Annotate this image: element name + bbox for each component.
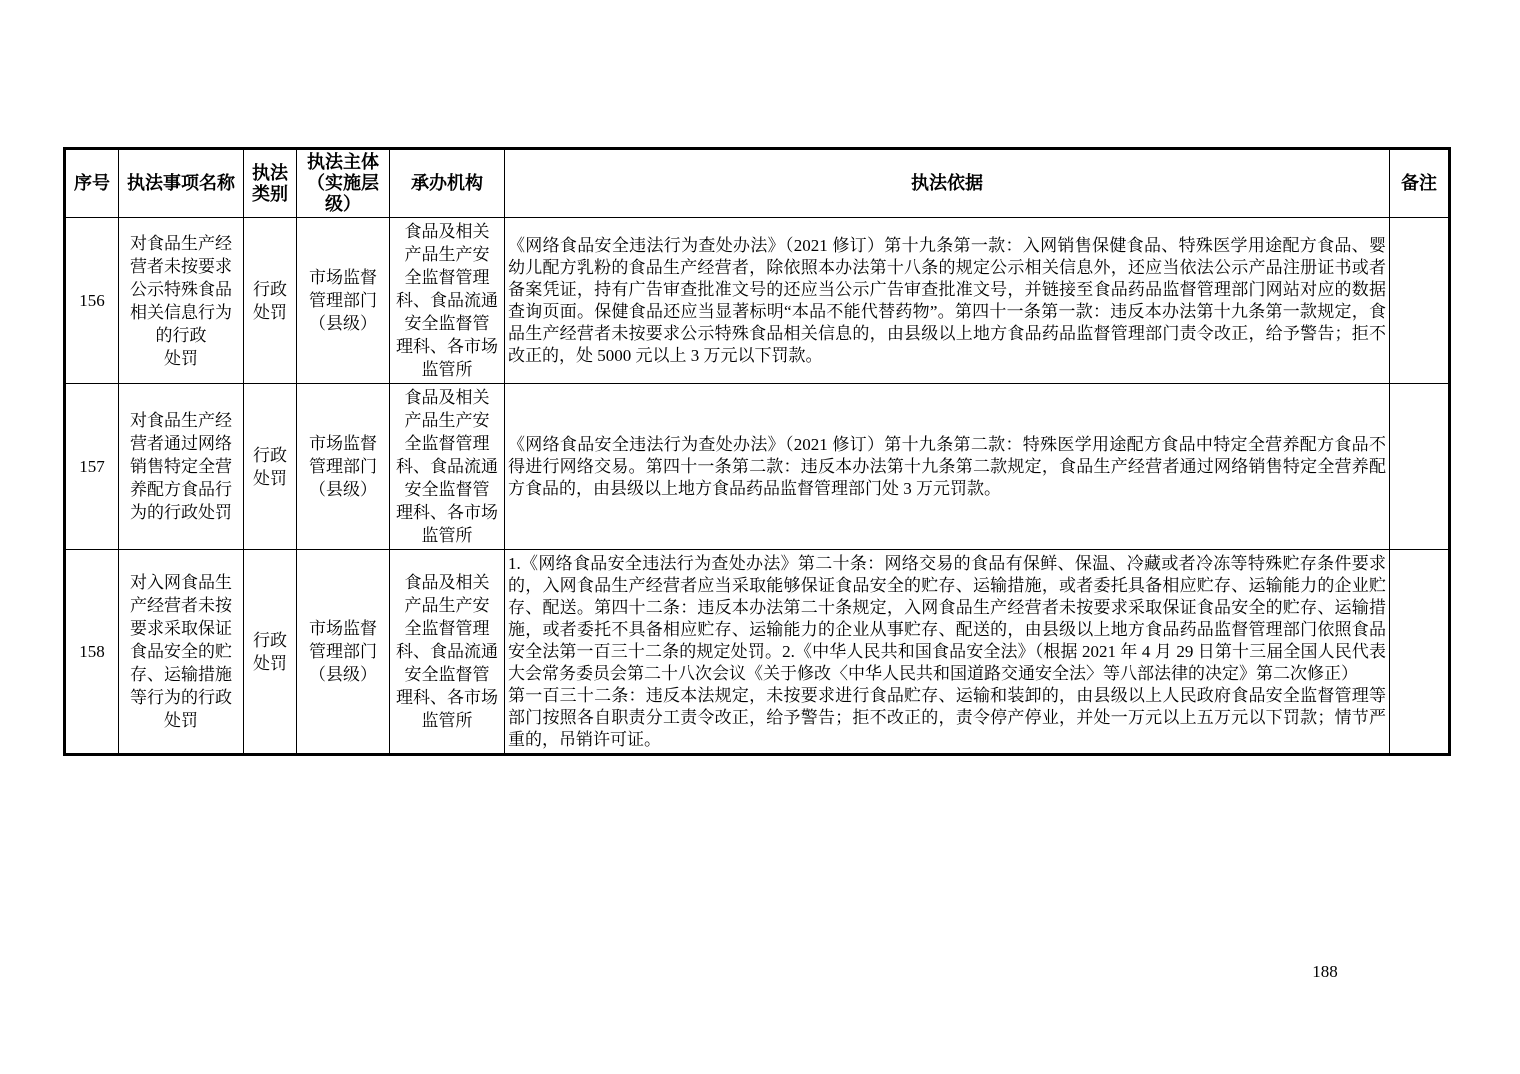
- category-cell: 行政 处罚: [244, 384, 297, 550]
- subject-cell: 市场监督 管理部门 （县级）: [297, 550, 390, 755]
- header-agency: 承办机构: [390, 149, 505, 218]
- agency-cell: 食品及相关 产品生产安 全监督管理 科、食品流通 安全监督管 理科、各市场 监管…: [390, 550, 505, 755]
- remark-cell: [1390, 218, 1450, 384]
- header-remark: 备注: [1390, 149, 1450, 218]
- table-row: 158 对入网食品生 产经营者未按 要求采取保证 食品安全的贮 存、运输措施 等…: [65, 550, 1450, 755]
- basis-cell: 1.《网络食品安全违法行为查处办法》第二十条：网络交易的食品有保鲜、保温、冷藏或…: [505, 550, 1390, 755]
- page-number: 188: [1295, 961, 1355, 983]
- table-row: 157 对食品生产经 营者通过网络 销售特定全营 养配方食品行 为的行政处罚 行…: [65, 384, 1450, 550]
- agency-cell: 食品及相关 产品生产安 全监督管理 科、食品流通 安全监督管 理科、各市场 监管…: [390, 384, 505, 550]
- header-category: 执法 类别: [244, 149, 297, 218]
- remark-cell: [1390, 384, 1450, 550]
- header-subject: 执法主体 （实施层 级）: [297, 149, 390, 218]
- document-page: 序号 执法事项名称 执法 类别 执法主体 （实施层 级） 承办机构 执法依据 备…: [0, 0, 1520, 1074]
- header-index: 序号: [65, 149, 119, 218]
- basis-cell: 《网络食品安全违法行为查处办法》（2021 修订）第十九条第一款：入网销售保健食…: [505, 218, 1390, 384]
- header-item-name: 执法事项名称: [119, 149, 244, 218]
- basis-cell: 《网络食品安全违法行为查处办法》（2021 修订）第十九条第二款：特殊医学用途配…: [505, 384, 1390, 550]
- row-index: 157: [65, 384, 119, 550]
- row-index: 156: [65, 218, 119, 384]
- row-index: 158: [65, 550, 119, 755]
- enforcement-items-table: 序号 执法事项名称 执法 类别 执法主体 （实施层 级） 承办机构 执法依据 备…: [63, 147, 1451, 756]
- agency-cell: 食品及相关 产品生产安 全监督管理 科、食品流通 安全监督管 理科、各市场 监管…: [390, 218, 505, 384]
- table-header-row: 序号 执法事项名称 执法 类别 执法主体 （实施层 级） 承办机构 执法依据 备…: [65, 149, 1450, 218]
- item-name-cell: 对食品生产经 营者通过网络 销售特定全营 养配方食品行 为的行政处罚: [119, 384, 244, 550]
- remark-cell: [1390, 550, 1450, 755]
- item-name-cell: 对入网食品生 产经营者未按 要求采取保证 食品安全的贮 存、运输措施 等行为的行…: [119, 550, 244, 755]
- table-row: 156 对食品生产经 营者未按要求 公示特殊食品 相关信息行为 的行政 处罚 行…: [65, 218, 1450, 384]
- category-cell: 行政 处罚: [244, 218, 297, 384]
- category-cell: 行政 处罚: [244, 550, 297, 755]
- subject-cell: 市场监督 管理部门 （县级）: [297, 218, 390, 384]
- subject-cell: 市场监督 管理部门 （县级）: [297, 384, 390, 550]
- header-basis: 执法依据: [505, 149, 1390, 218]
- item-name-cell: 对食品生产经 营者未按要求 公示特殊食品 相关信息行为 的行政 处罚: [119, 218, 244, 384]
